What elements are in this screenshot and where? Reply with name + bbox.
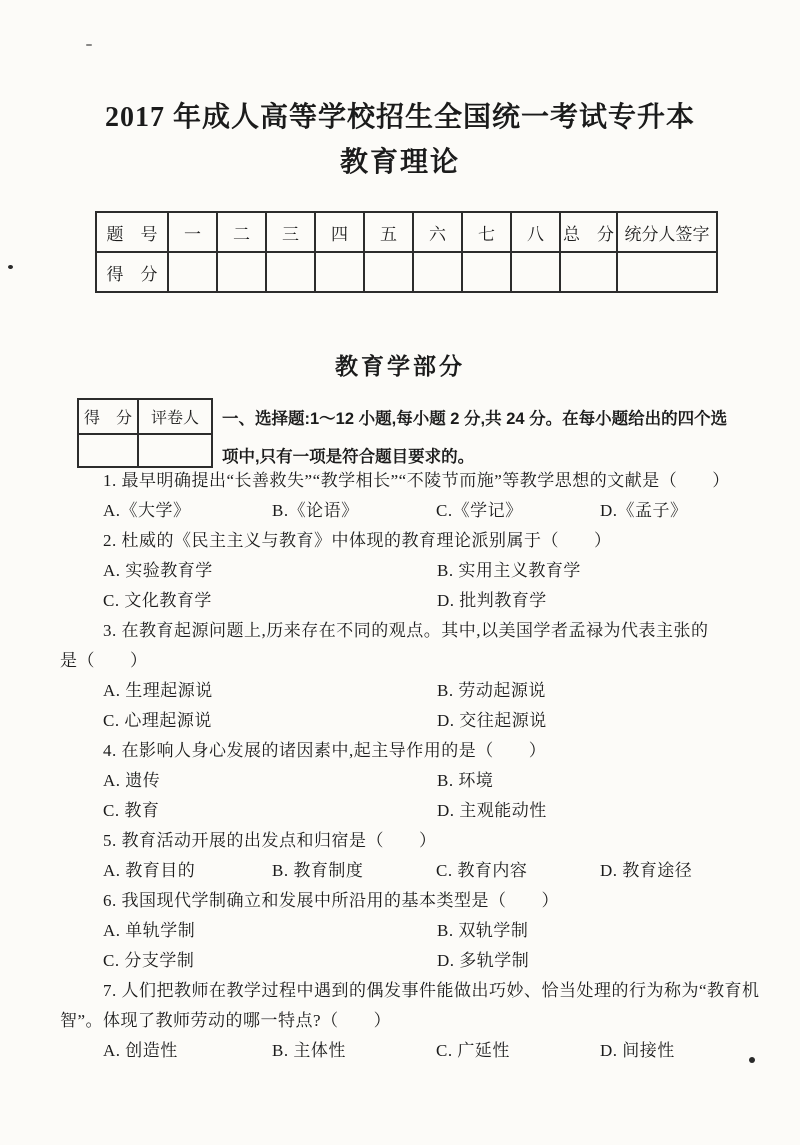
question-6-option-C: C. 分支学制 xyxy=(103,946,437,976)
score-box-score-label: 得 分 xyxy=(78,399,138,434)
question-2: 2. 杜威的《民主主义与教育》中体现的教育理论派别属于（ ）A. 实验教育学B.… xyxy=(60,526,760,616)
question-1-option-C: C.《学记》 xyxy=(436,496,600,526)
score-summary-table: 题 号一二三四五六七八总 分统分人签字 得 分 xyxy=(95,211,718,293)
score-table-column-header-2: 二 xyxy=(217,212,266,252)
question-4-options: A. 遗传B. 环境C. 教育D. 主观能动性 xyxy=(103,766,760,826)
scan-artifact-dash xyxy=(86,44,92,46)
score-cell-empty-5 xyxy=(413,252,462,292)
question-2-option-D: D. 批判教育学 xyxy=(437,586,760,616)
score-cell-empty-9 xyxy=(617,252,717,292)
section-heading: 教育学部分 xyxy=(0,348,800,381)
question-2-option-C: C. 文化教育学 xyxy=(103,586,437,616)
question-3-text-continued: 是（ ） xyxy=(60,646,760,676)
question-7-option-A: A. 创造性 xyxy=(103,1036,272,1066)
question-7-option-B: B. 主体性 xyxy=(272,1036,436,1066)
question-1-option-B: B.《论语》 xyxy=(272,496,436,526)
score-cell-empty-1 xyxy=(217,252,266,292)
question-2-options: A. 实验教育学B. 实用主义教育学C. 文化教育学D. 批判教育学 xyxy=(103,556,760,616)
question-2-text: 2. 杜威的《民主主义与教育》中体现的教育理论派别属于（ ） xyxy=(103,526,760,556)
question-6-text: 6. 我国现代学制确立和发展中所沿用的基本类型是（ ） xyxy=(103,886,760,916)
question-7: 7. 人们把教师在教学过程中遇到的偶发事件能做出巧妙、恰当处理的行为称为“教育机… xyxy=(60,976,760,1066)
question-5-option-A: A. 教育目的 xyxy=(103,856,272,886)
question-3: 3. 在教育起源问题上,历来存在不同的观点。其中,以美国学者孟禄为代表主张的是（… xyxy=(60,616,760,736)
question-5-option-D: D. 教育途径 xyxy=(600,856,760,886)
question-3-option-A: A. 生理起源说 xyxy=(103,676,437,706)
question-1-text: 1. 最早明确提出“长善救失”“教学相长”“不陵节而施”等教学思想的文献是（ ） xyxy=(103,466,760,496)
question-7-text: 7. 人们把教师在教学过程中遇到的偶发事件能做出巧妙、恰当处理的行为称为“教育机 xyxy=(103,976,760,1006)
question-5: 5. 教育活动开展的出发点和归宿是（ ）A. 教育目的B. 教育制度C. 教育内… xyxy=(60,826,760,886)
question-6-option-A: A. 单轨学制 xyxy=(103,916,437,946)
score-table-column-header-10: 统分人签字 xyxy=(617,212,717,252)
question-4-option-D: D. 主观能动性 xyxy=(437,796,760,826)
score-table-column-header-8: 八 xyxy=(511,212,560,252)
question-3-option-B: B. 劳动起源说 xyxy=(437,676,760,706)
question-5-option-C: C. 教育内容 xyxy=(436,856,600,886)
section-instruction: 一、选择题:1～12 小题,每小题 2 分,共 24 分。在每小题给出的四个选 … xyxy=(222,400,757,476)
question-6-options: A. 单轨学制B. 双轨学制C. 分支学制D. 多轨学制 xyxy=(103,916,760,976)
question-1-options: A.《大学》B.《论语》C.《学记》D.《孟子》 xyxy=(103,496,760,526)
question-5-option-B: B. 教育制度 xyxy=(272,856,436,886)
question-1: 1. 最早明确提出“长善救失”“教学相长”“不陵节而施”等教学思想的文献是（ ）… xyxy=(60,466,760,526)
question-7-option-C: C. 广延性 xyxy=(436,1036,600,1066)
question-1-option-A: A.《大学》 xyxy=(103,496,272,526)
score-table-header-row: 题 号一二三四五六七八总 分统分人签字 xyxy=(96,212,717,252)
score-table-column-header-4: 四 xyxy=(315,212,364,252)
score-table-column-header-0: 题 号 xyxy=(96,212,168,252)
question-3-option-C: C. 心理起源说 xyxy=(103,706,437,736)
score-table-column-header-1: 一 xyxy=(168,212,217,252)
question-7-option-D: D. 间接性 xyxy=(600,1036,760,1066)
question-4: 4. 在影响人身心发展的诸因素中,起主导作用的是（ ）A. 遗传B. 环境C. … xyxy=(60,736,760,826)
grader-score-box: 得 分 评卷人 xyxy=(77,398,213,468)
question-5-options: A. 教育目的B. 教育制度C. 教育内容D. 教育途径 xyxy=(103,856,760,886)
question-3-options: A. 生理起源说B. 劳动起源说C. 心理起源说D. 交往起源说 xyxy=(103,676,760,736)
score-cell-empty-7 xyxy=(511,252,560,292)
score-cell-empty-4 xyxy=(364,252,413,292)
question-6-option-B: B. 双轨学制 xyxy=(437,916,760,946)
instruction-line-1: 一、选择题:1～12 小题,每小题 2 分,共 24 分。在每小题给出的四个选 xyxy=(222,400,757,438)
question-6-option-D: D. 多轨学制 xyxy=(437,946,760,976)
score-table-value-row: 得 分 xyxy=(96,252,717,292)
question-2-option-A: A. 实验教育学 xyxy=(103,556,437,586)
question-3-option-D: D. 交往起源说 xyxy=(437,706,760,736)
question-7-text-continued: 智”。体现了教师劳动的哪一特点?（ ） xyxy=(60,1006,760,1036)
question-list: 1. 最早明确提出“长善救失”“教学相长”“不陵节而施”等教学思想的文献是（ ）… xyxy=(60,466,760,1066)
score-box-grader-blank xyxy=(138,434,212,467)
score-cell-empty-8 xyxy=(560,252,617,292)
score-cell-empty-0 xyxy=(168,252,217,292)
question-4-option-C: C. 教育 xyxy=(103,796,437,826)
score-table-column-header-9: 总 分 xyxy=(560,212,617,252)
exam-subtitle: 教育理论 xyxy=(0,140,800,180)
question-6: 6. 我国现代学制确立和发展中所沿用的基本类型是（ ）A. 单轨学制B. 双轨学… xyxy=(60,886,760,976)
question-1-option-D: D.《孟子》 xyxy=(600,496,760,526)
question-3-text: 3. 在教育起源问题上,历来存在不同的观点。其中,以美国学者孟禄为代表主张的 xyxy=(103,616,760,646)
score-cell-empty-6 xyxy=(462,252,511,292)
question-4-option-B: B. 环境 xyxy=(437,766,760,796)
score-table-column-header-6: 六 xyxy=(413,212,462,252)
score-box-grader-label: 评卷人 xyxy=(138,399,212,434)
score-box-score-blank xyxy=(78,434,138,467)
score-cell-empty-2 xyxy=(266,252,315,292)
question-4-text: 4. 在影响人身心发展的诸因素中,起主导作用的是（ ） xyxy=(103,736,760,766)
question-5-text: 5. 教育活动开展的出发点和归宿是（ ） xyxy=(103,826,760,856)
score-row-label: 得 分 xyxy=(96,252,168,292)
score-cell-empty-3 xyxy=(315,252,364,292)
question-7-options: A. 创造性B. 主体性C. 广延性D. 间接性 xyxy=(103,1036,760,1066)
exam-title: 2017 年成人高等学校招生全国统一考试专升本 xyxy=(0,95,800,135)
score-table-column-header-7: 七 xyxy=(462,212,511,252)
scan-artifact-dot-left xyxy=(8,265,13,269)
score-table-column-header-3: 三 xyxy=(266,212,315,252)
exam-paper-page: 2017 年成人高等学校招生全国统一考试专升本 教育理论 题 号一二三四五六七八… xyxy=(0,0,800,1145)
question-2-option-B: B. 实用主义教育学 xyxy=(437,556,760,586)
score-table-column-header-5: 五 xyxy=(364,212,413,252)
question-4-option-A: A. 遗传 xyxy=(103,766,437,796)
